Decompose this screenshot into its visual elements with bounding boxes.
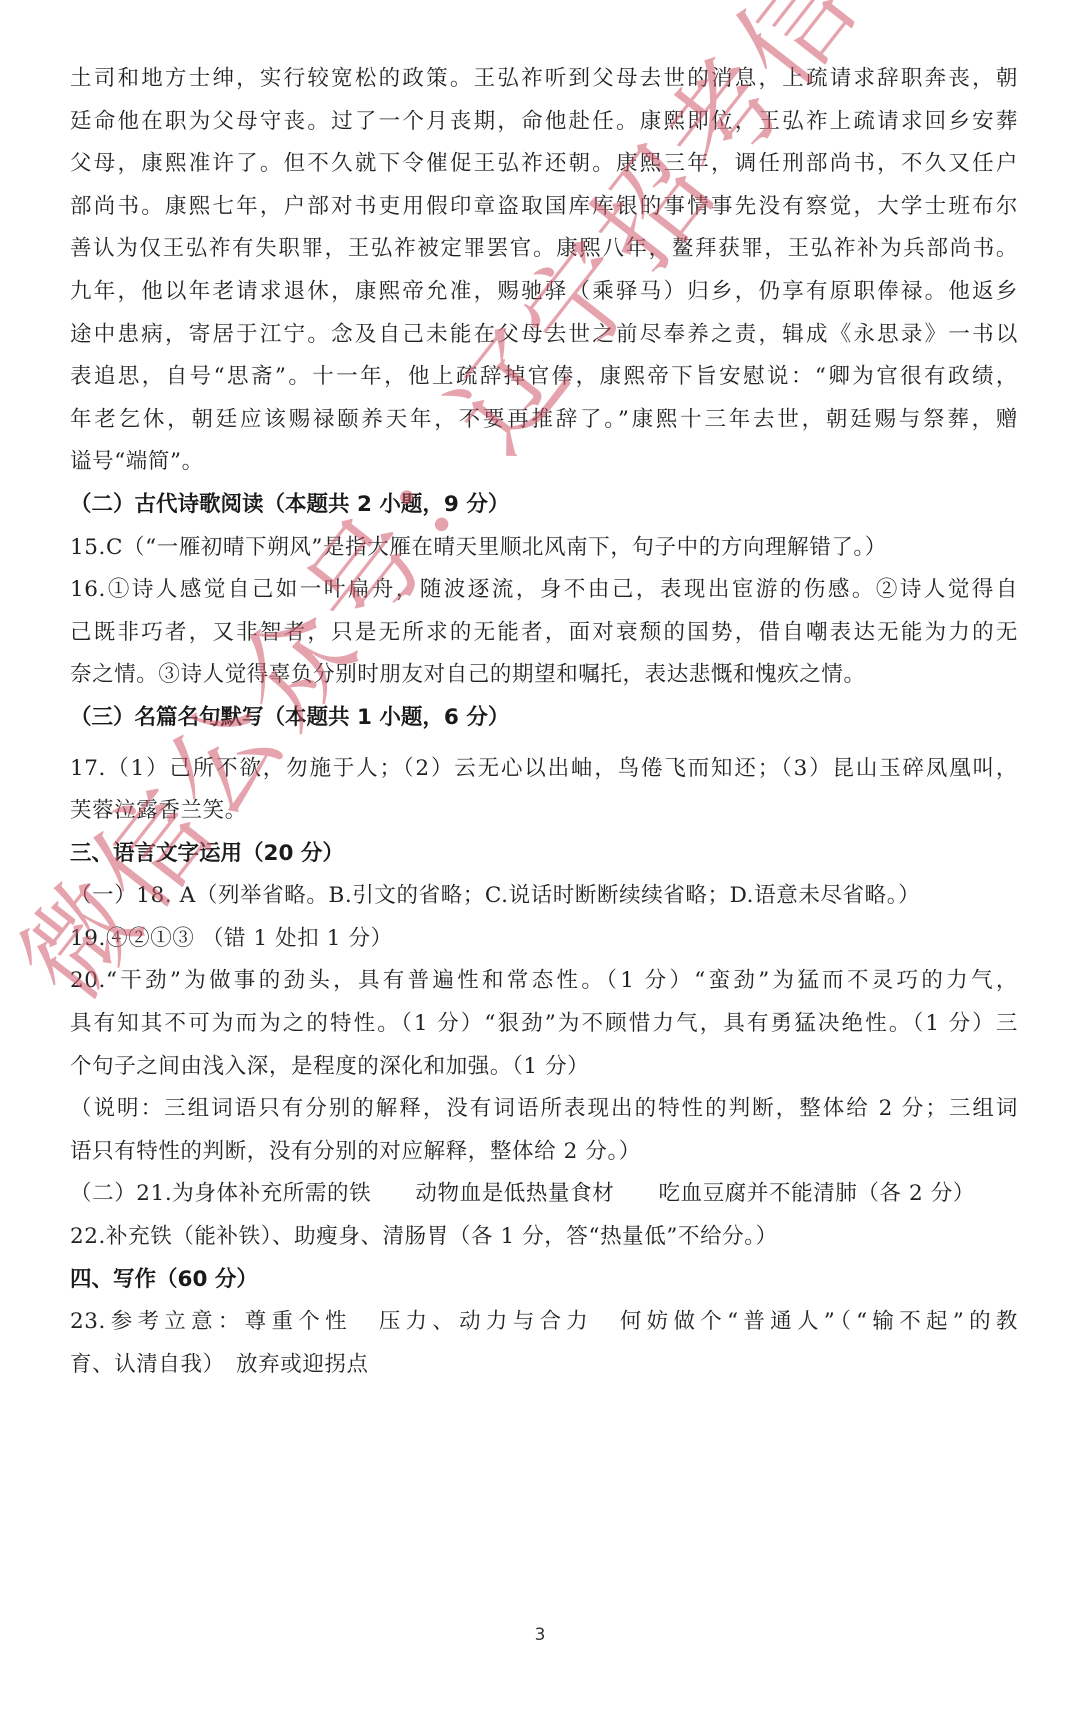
page-number: 3 bbox=[0, 1625, 1080, 1645]
text-line: 语只有特性的判断，没有分别的对应解释，整体给 2 分。） bbox=[70, 1131, 1018, 1174]
text-line: 廷命他在职为父母守丧。过了一个月丧期，命他赴任。康熙即位，王弘祚上疏请求回乡安葬 bbox=[70, 101, 1018, 144]
answer-q15: 15.C（“一雁初晴下朔风”是指大雁在晴天里顺北风南下，句子中的方向理解错了。） bbox=[70, 527, 1018, 570]
text-line: 育、认清自我） 放弃或迎拐点 bbox=[70, 1344, 1018, 1387]
section-heading-language: 三、语言文字运用（20 分） bbox=[70, 833, 1018, 876]
answer-q21: （二）21.为身体补充所需的铁 动物血是低热量食材 吃血豆腐并不能清肺（各 2 … bbox=[70, 1173, 1018, 1216]
section-heading-writing: 四、写作（60 分） bbox=[70, 1259, 1018, 1302]
answer-q20: 20.“干劲”为做事的劲头，具有普遍性和常态性。（1 分）“蛮劲”为猛而不灵巧的… bbox=[70, 960, 1018, 1088]
text-line: 20.“干劲”为做事的劲头，具有普遍性和常态性。（1 分）“蛮劲”为猛而不灵巧的… bbox=[70, 960, 1018, 1003]
answer-q16: 16.①诗人感觉自己如一叶扁舟，随波逐流，身不由己，表现出宦游的伤感。②诗人觉得… bbox=[70, 569, 1018, 697]
section-heading-poetry: （二）古代诗歌阅读（本题共 2 小题，9 分） bbox=[70, 484, 1018, 527]
spacer bbox=[70, 740, 1018, 748]
text-line: 表追思，自号“思斋”。十一年，他上疏辞掉官俸，康熙帝下旨安慰说：“卿为官很有政绩… bbox=[70, 356, 1018, 399]
text-line: 年老乞休，朝廷应该赐禄颐养天年，不要再推辞了。”康熙十三年去世，朝廷赐与祭葬，赠 bbox=[70, 399, 1018, 442]
text-line: 九年，他以年老请求退休，康熙帝允准，赐驰驿（乘驿马）归乡，仍享有原职俸禄。他返乡 bbox=[70, 271, 1018, 314]
text-line: 16.①诗人感觉自己如一叶扁舟，随波逐流，身不由己，表现出宦游的伤感。②诗人觉得… bbox=[70, 569, 1018, 612]
answer-q23: 23.参考立意：尊重个性 压力、动力与合力 何妨做个“普通人”（“输不起”的教 … bbox=[70, 1301, 1018, 1386]
answer-q17: 17.（1）己所不欲，勿施于人；（2）云无心以出岫，鸟倦飞而知还；（3）昆山玉碎… bbox=[70, 748, 1018, 833]
section-heading-recitation: （三）名篇名句默写（本题共 1 小题，6 分） bbox=[70, 697, 1018, 740]
text-line: 芙蓉泣露香兰笑。 bbox=[70, 790, 1018, 833]
text-line: 23.参考立意：尊重个性 压力、动力与合力 何妨做个“普通人”（“输不起”的教 bbox=[70, 1301, 1018, 1344]
text-line: 己既非巧者，又非智者，只是无所求的无能者，面对衰颓的国势，借自嘲表达无能为力的无 bbox=[70, 612, 1018, 655]
text-line: 17.（1）己所不欲，勿施于人；（2）云无心以出岫，鸟倦飞而知还；（3）昆山玉碎… bbox=[70, 748, 1018, 791]
answer-q19: 19.④②①③ （错 1 处扣 1 分） bbox=[70, 918, 1018, 961]
page-content: 土司和地方士绅，实行较宽松的政策。王弘祚听到父母去世的消息，上疏请求辞职奔丧，朝… bbox=[70, 58, 1018, 1386]
text-line: 土司和地方士绅，实行较宽松的政策。王弘祚听到父母去世的消息，上疏请求辞职奔丧，朝 bbox=[70, 58, 1018, 101]
text-line: 具有知其不可为而为之的特性。（1 分）“狠劲”为不顾惜力气，具有勇猛决绝性。（1… bbox=[70, 1003, 1018, 1046]
text-line: 奈之情。③诗人觉得辜负分别时朋友对自己的期望和嘱托，表达悲慨和愧疚之情。 bbox=[70, 654, 1018, 697]
text-line: 谥号“端简”。 bbox=[70, 441, 1018, 484]
text-line: （说明：三组词语只有分别的解释，没有词语所表现出的特性的判断，整体给 2 分；三… bbox=[70, 1088, 1018, 1131]
text-line: 部尚书。康熙七年，户部对书吏用假印章盗取国库库银的事情事先没有察觉，大学士班布尔 bbox=[70, 186, 1018, 229]
text-line: 父母，康熙准许了。但不久就下令催促王弘祚还朝。康熙三年，调任刑部尚书，不久又任户 bbox=[70, 143, 1018, 186]
text-line: 善认为仅王弘祚有失职罪，王弘祚被定罪罢官。康熙八年，鳌拜获罪，王弘祚补为兵部尚书… bbox=[70, 228, 1018, 271]
document-page: 土司和地方士绅，实行较宽松的政策。王弘祚听到父母去世的消息，上疏请求辞职奔丧，朝… bbox=[0, 0, 1080, 1722]
answer-q18: （一）18. A（列举省略。B.引文的省略；C.说话时断断续续省略；D.语意未尽… bbox=[70, 875, 1018, 918]
answer-q20-note: （说明：三组词语只有分别的解释，没有词语所表现出的特性的判断，整体给 2 分；三… bbox=[70, 1088, 1018, 1173]
text-line: 个句子之间由浅入深，是程度的深化和加强。（1 分） bbox=[70, 1046, 1018, 1089]
answer-q22: 22.补充铁（能补铁）、助瘦身、清肠胃（各 1 分，答“热量低”不给分。） bbox=[70, 1216, 1018, 1259]
biography-paragraph: 土司和地方士绅，实行较宽松的政策。王弘祚听到父母去世的消息，上疏请求辞职奔丧，朝… bbox=[70, 58, 1018, 484]
text-line: 途中患病，寄居于江宁。念及自己未能在父母去世之前尽奉养之责，辑成《永思录》一书以 bbox=[70, 314, 1018, 357]
